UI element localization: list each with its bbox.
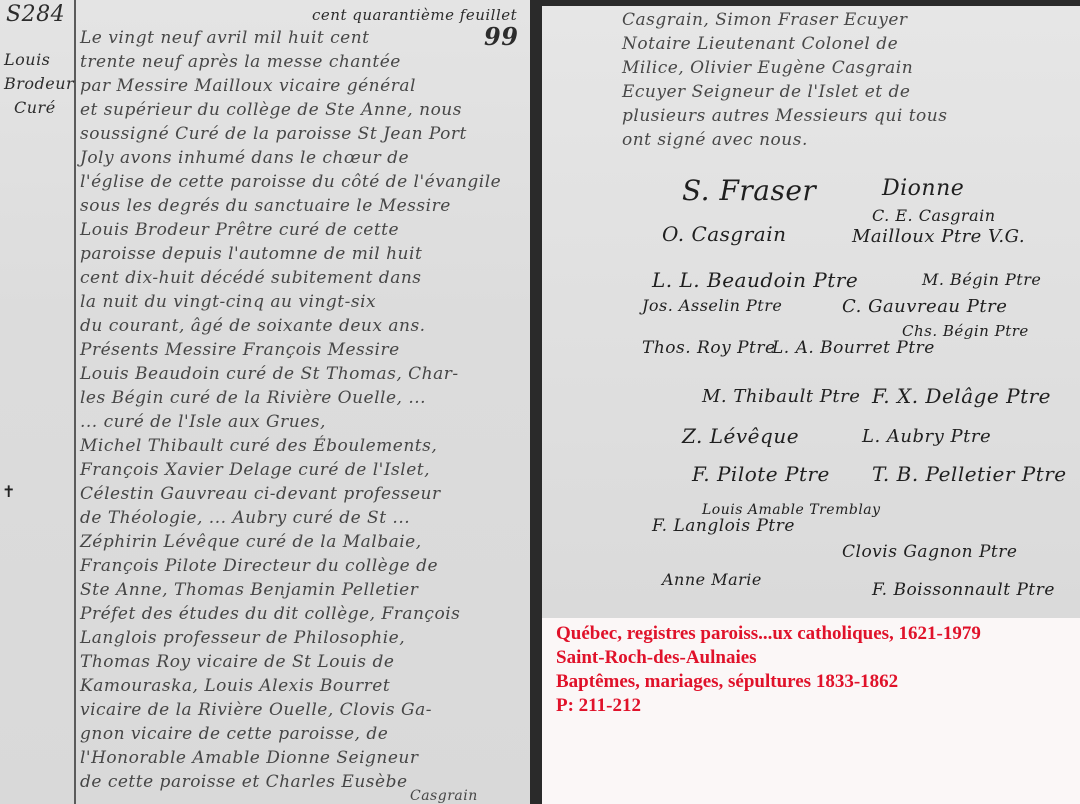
- record-caption: Québec, registres paroiss...ux catholiqu…: [542, 618, 1080, 804]
- register-line: et supérieur du collège de Ste Anne, nou…: [80, 100, 462, 120]
- page-gutter: [530, 0, 542, 804]
- register-line: Louis Brodeur Prêtre curé de cette: [80, 220, 399, 240]
- margin-note-line: Louis: [4, 50, 50, 69]
- margin-rule: [74, 0, 76, 804]
- register-line: Préfet des études du dit collège, Franço…: [80, 604, 460, 624]
- register-line: Casgrain, Simon Fraser Ecuyer: [622, 10, 908, 30]
- register-line: Célestin Gauvreau ci-devant professeur: [80, 484, 441, 504]
- register-line: cent dix-huit décédé subitement dans: [80, 268, 422, 288]
- caption-parish: Saint-Roch-des-Aulnaies: [556, 646, 1080, 670]
- register-line: Kamouraska, Louis Alexis Bourret: [80, 676, 390, 696]
- right-register-page: Casgrain, Simon Fraser Ecuyer Notaire Li…: [542, 6, 1080, 618]
- signature: Z. Lévêque: [682, 424, 799, 448]
- register-line: gnon vicaire de cette paroisse, de: [80, 724, 388, 744]
- register-line: Ecuyer Seigneur de l'Islet et de: [622, 82, 910, 102]
- signature: L. Aubry Ptre: [862, 426, 991, 447]
- register-line: du courant, âgé de soixante deux ans.: [80, 316, 426, 336]
- caption-record-type: Baptêmes, mariages, sépultures 1833-1862: [556, 670, 1080, 694]
- register-line: la nuit du vingt-cinq au vingt-six: [80, 292, 376, 312]
- signature: C. E. Casgrain: [872, 206, 996, 225]
- signature: F. Boissonnault Ptre: [872, 580, 1055, 600]
- left-register-page: S284 cent quarantième feuillet 99 Louis …: [0, 0, 538, 804]
- caption-pages: P: 211-212: [556, 694, 1080, 718]
- register-line: François Pilote Directeur du collège de: [80, 556, 438, 576]
- register-line: Notaire Lieutenant Colonel de: [622, 34, 898, 54]
- register-line: Ste Anne, Thomas Benjamin Pelletier: [80, 580, 418, 600]
- caption-collection: Québec, registres paroiss...ux catholiqu…: [556, 622, 1080, 646]
- register-line: François Xavier Delage curé de l'Islet,: [80, 460, 430, 480]
- register-line: vicaire de la Rivière Ouelle, Clovis Ga-: [80, 700, 432, 720]
- register-line: plusieurs autres Messieurs qui tous: [622, 106, 947, 126]
- register-line: par Messire Mailloux vicaire général: [80, 76, 416, 96]
- signature: Clovis Gagnon Ptre: [842, 542, 1017, 562]
- register-line: Langlois professeur de Philosophie,: [80, 628, 405, 648]
- register-line: Casgrain: [410, 788, 478, 804]
- register-line: Le vingt neuf avril mil huit cent: [80, 28, 370, 48]
- register-line: ont signé avec nous.: [622, 130, 808, 150]
- register-line: paroisse depuis l'automne de mil huit: [80, 244, 422, 264]
- margin-note-line: Brodeur: [4, 74, 74, 93]
- register-line: Zéphirin Lévêque curé de la Malbaie,: [80, 532, 422, 552]
- signature: F. X. Delâge Ptre: [872, 384, 1051, 408]
- register-line: Présents Messire François Messire: [80, 340, 400, 360]
- signature: F. Pilote Ptre: [692, 462, 830, 486]
- signature: M. Thibault Ptre: [702, 386, 860, 407]
- register-line: sous les degrés du sanctuaire le Messire: [80, 196, 451, 216]
- register-line: les Bégin curé de la Rivière Ouelle, ...: [80, 388, 426, 408]
- signature: S. Fraser: [682, 174, 816, 207]
- signature: Jos. Asselin Ptre: [642, 296, 782, 315]
- register-line: l'Honorable Amable Dionne Seigneur: [80, 748, 419, 768]
- register-line: soussigné Curé de la paroisse St Jean Po…: [80, 124, 467, 144]
- signature: L. L. Beaudoin Ptre: [652, 268, 858, 292]
- register-line: Louis Beaudoin curé de St Thomas, Char-: [80, 364, 459, 384]
- signature: Mailloux Ptre V.G.: [852, 226, 1025, 247]
- signature: Thos. Roy Ptre: [642, 338, 776, 358]
- signature: O. Casgrain: [662, 222, 787, 246]
- signature: L. A. Bourret Ptre: [772, 338, 935, 358]
- folio-number: S284: [6, 2, 65, 27]
- page-number: 99: [484, 22, 518, 51]
- signature: F. Langlois Ptre: [652, 516, 795, 536]
- register-line: de Théologie, ... Aubry curé de St ...: [80, 508, 410, 528]
- register-line: Milice, Olivier Eugène Casgrain: [622, 58, 913, 78]
- margin-cross-mark: ✝: [2, 482, 15, 502]
- signature: Dionne: [882, 176, 964, 201]
- register-line: de cette paroisse et Charles Eusèbe: [80, 772, 408, 792]
- register-line: Joly avons inhumé dans le chœur de: [80, 148, 409, 168]
- register-line: l'église de cette paroisse du côté de l'…: [80, 172, 501, 192]
- signature: C. Gauvreau Ptre: [842, 296, 1007, 317]
- register-line: trente neuf après la messe chantée: [80, 52, 401, 72]
- register-line: ... curé de l'Isle aux Grues,: [80, 412, 326, 432]
- margin-note-line: Curé: [14, 98, 56, 117]
- register-line: Thomas Roy vicaire de St Louis de: [80, 652, 394, 672]
- signature: Anne Marie: [662, 570, 762, 589]
- signature: T. B. Pelletier Ptre: [872, 462, 1067, 486]
- register-line: Michel Thibault curé des Éboulements,: [80, 436, 437, 456]
- signature: M. Bégin Ptre: [922, 270, 1041, 289]
